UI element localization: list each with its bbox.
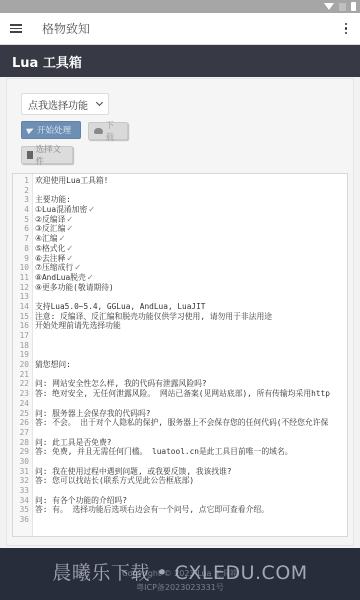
editor-lines: 1欢迎使用Lua工具箱!23主要功能:4①Lua混淆加密✓5②反编译✓6③反汇编… xyxy=(13,176,347,525)
line-number: 1 xyxy=(13,176,29,186)
editor-line: 15注意: 反编译、反汇编和脱壳功能仅供学习使用, 请勿用于非法用途 xyxy=(13,312,347,322)
line-text xyxy=(29,186,35,196)
line-text: 欢迎使用Lua工具箱! xyxy=(29,176,108,186)
line-text: ⑦压缩成行 xyxy=(29,263,73,273)
editor-line: 20猜您想问: xyxy=(13,360,347,370)
editor-line: 32答: 您可以找站长(联系方式见此公告框底部) xyxy=(13,476,347,486)
watermark: 晨曦乐下载 • CXLEDU.COM xyxy=(0,558,360,585)
editor-line: 11⑧AndLua脱壳✓ xyxy=(13,273,347,283)
line-number: 27 xyxy=(13,428,29,438)
file-icon xyxy=(27,151,33,159)
editor-line: 24 xyxy=(13,399,347,409)
line-number: 19 xyxy=(13,350,29,360)
editor-line: 9⑥去注释✓ xyxy=(13,254,347,264)
line-text: 支持Lua5.0~5.4, GGLua, AndLua, LuaJIT xyxy=(29,302,206,312)
editor-line: 2 xyxy=(13,186,347,196)
chevron-down-icon xyxy=(96,99,103,106)
line-number: 30 xyxy=(13,457,29,467)
line-number: 28 xyxy=(13,438,29,448)
page-header: Lua 工具箱 xyxy=(0,45,360,77)
line-text xyxy=(29,350,35,360)
status-bar xyxy=(0,0,360,13)
editor-line: 5②反编译✓ xyxy=(13,215,347,225)
editor-line: 34问: 有各个功能的介绍吗? xyxy=(13,496,347,506)
editor-line: 12⑨更多功能(敬请期待) xyxy=(13,283,347,293)
line-text xyxy=(29,341,35,351)
start-process-label: 开始处理 xyxy=(37,124,71,136)
editor-line: 18 xyxy=(13,341,347,351)
menu-icon[interactable] xyxy=(10,24,22,33)
editor-line: 29答: 免费, 并且无需任何门槛。 luatool.cn是此工具目前唯一的域名… xyxy=(13,447,347,457)
send-icon xyxy=(26,126,35,134)
editor-line: 16开始处理前请先选择功能 xyxy=(13,321,347,331)
line-number: 11 xyxy=(13,273,29,283)
line-number: 34 xyxy=(13,496,29,506)
editor-line: 25问: 服务器上会保存我的代码吗? xyxy=(13,409,347,419)
editor-line: 26答: 不会。 出于对个人隐私的保护, 服务器上不会保存您的任何代码(不经您允… xyxy=(13,418,347,428)
line-number: 23 xyxy=(13,389,29,399)
editor-line: 4①Lua混淆加密✓ xyxy=(13,205,347,215)
signal-icon xyxy=(339,3,346,11)
cloud-download-icon xyxy=(94,128,103,134)
line-number: 33 xyxy=(13,486,29,496)
check-icon: ✓ xyxy=(59,234,66,244)
function-select[interactable]: 点我选择功能 xyxy=(21,93,109,115)
line-number: 12 xyxy=(13,283,29,293)
editor-line: 30 xyxy=(13,457,347,467)
line-text: ①Lua混淆加密 xyxy=(29,205,87,215)
check-icon: ✓ xyxy=(87,273,94,283)
line-text: ⑨更多功能(敬请期待) xyxy=(29,283,114,293)
line-number: 14 xyxy=(13,302,29,312)
app-title: 格物致知 xyxy=(42,20,90,37)
line-text: ⑧AndLua脱壳 xyxy=(29,273,86,283)
line-number: 17 xyxy=(13,331,29,341)
line-text: ②反编译 xyxy=(29,215,65,225)
editor-line: 1欢迎使用Lua工具箱! xyxy=(13,176,347,186)
line-text: 开始处理前请先选择功能 xyxy=(29,321,121,331)
editor-line: 10⑦压缩成行✓ xyxy=(13,263,347,273)
line-text: 主要功能: xyxy=(29,195,71,205)
footer: Copyright © 2023 Lua 工具箱 粤ICP备2023023331… xyxy=(0,548,360,600)
battery-icon xyxy=(351,2,356,11)
line-number: 32 xyxy=(13,476,29,486)
line-number: 7 xyxy=(13,234,29,244)
line-number: 22 xyxy=(13,379,29,389)
download-label: 下载 xyxy=(106,119,122,143)
line-text: 问: 有各个功能的介绍吗? xyxy=(29,496,127,506)
line-text: ④汇编 xyxy=(29,234,58,244)
line-number: 2 xyxy=(13,186,29,196)
editor-line: 28问: 此工具是否免费? xyxy=(13,438,347,448)
line-number: 16 xyxy=(13,321,29,331)
line-text: ⑥去注释 xyxy=(29,254,65,264)
check-icon: ✓ xyxy=(66,224,73,234)
more-options-icon[interactable] xyxy=(342,23,351,35)
tool-panel: 点我选择功能 开始处理 下载 选择文件 1欢迎使用Lua工具箱!23主要功能:4… xyxy=(6,78,354,546)
line-number: 18 xyxy=(13,341,29,351)
editor-line: 14支持Lua5.0~5.4, GGLua, AndLua, LuaJIT xyxy=(13,302,347,312)
line-text xyxy=(29,331,35,341)
line-text: 答: 有。 选择功能后选项右边会有一个问号, 点它即可查看介绍。 xyxy=(29,505,269,515)
line-text xyxy=(29,515,35,525)
line-number: 26 xyxy=(13,418,29,428)
editor-line: 33 xyxy=(13,486,347,496)
line-text: 问: 此工具是否免费? xyxy=(29,438,111,448)
line-text: 问: 我在使用过程中遇到问题, 或我要反馈, 我该找谁? xyxy=(29,467,232,477)
line-number: 4 xyxy=(13,205,29,215)
line-number: 21 xyxy=(13,370,29,380)
line-number: 8 xyxy=(13,244,29,254)
line-number: 5 xyxy=(13,215,29,225)
editor-line: 3主要功能: xyxy=(13,195,347,205)
code-editor[interactable]: 1欢迎使用Lua工具箱!23主要功能:4①Lua混淆加密✓5②反编译✓6③反汇编… xyxy=(12,173,348,537)
line-text: 答: 免费, 并且无需任何门槛。 luatool.cn是此工具目前唯一的域名。 xyxy=(29,447,293,457)
line-text xyxy=(29,399,35,409)
line-number: 25 xyxy=(13,409,29,419)
line-text xyxy=(29,486,35,496)
editor-line: 21 xyxy=(13,370,347,380)
check-icon: ✓ xyxy=(88,205,95,215)
line-number: 31 xyxy=(13,467,29,477)
editor-line: 7④汇编✓ xyxy=(13,234,347,244)
line-number: 29 xyxy=(13,447,29,457)
line-text xyxy=(29,370,35,380)
editor-line: 22问: 网站安全性怎么样, 我的代码有泄露风险吗? xyxy=(13,379,347,389)
line-number: 9 xyxy=(13,254,29,264)
line-text: 答: 您可以找站长(联系方式见此公告框底部) xyxy=(29,476,194,486)
line-text: 答: 不会。 出于对个人隐私的保护, 服务器上不会保存您的任何代码(不经您允许保 xyxy=(29,418,328,428)
line-text: 猜您想问: xyxy=(29,360,71,370)
editor-line: 36 xyxy=(13,515,347,525)
check-icon: ✓ xyxy=(74,263,81,273)
line-number: 35 xyxy=(13,505,29,515)
editor-line: 13 xyxy=(13,292,347,302)
line-number: 13 xyxy=(13,292,29,302)
line-text: 问: 服务器上会保存我的代码吗? xyxy=(29,409,150,419)
line-text: ⑤格式化 xyxy=(29,244,65,254)
line-text: 问: 网站安全性怎么样, 我的代码有泄露风险吗? xyxy=(29,379,207,389)
line-text xyxy=(29,457,35,467)
page-title: Lua 工具箱 xyxy=(12,52,82,71)
editor-line: 8⑤格式化✓ xyxy=(13,244,347,254)
line-number: 3 xyxy=(13,195,29,205)
line-number: 36 xyxy=(13,515,29,525)
line-text xyxy=(29,428,35,438)
download-button[interactable]: 下载 xyxy=(88,122,128,140)
line-number: 10 xyxy=(13,263,29,273)
editor-line: 35答: 有。 选择功能后选项右边会有一个问号, 点它即可查看介绍。 xyxy=(13,505,347,515)
choose-file-button[interactable]: 选择文件 xyxy=(21,146,73,164)
line-number: 15 xyxy=(13,312,29,322)
line-number: 20 xyxy=(13,360,29,370)
editor-line: 17 xyxy=(13,331,347,341)
function-select-label: 点我选择功能 xyxy=(28,97,88,112)
line-text: 答: 绝对安全, 无任何泄露风险。 网站已备案(见网站底部), 所有传输均采用h… xyxy=(29,389,330,399)
wifi-icon xyxy=(324,3,334,10)
line-number: 6 xyxy=(13,224,29,234)
line-text xyxy=(29,292,35,302)
editor-line: 31问: 我在使用过程中遇到问题, 或我要反馈, 我该找谁? xyxy=(13,467,347,477)
line-number: 24 xyxy=(13,399,29,409)
start-process-button[interactable]: 开始处理 xyxy=(21,121,81,139)
editor-line: 23答: 绝对安全, 无任何泄露风险。 网站已备案(见网站底部), 所有传输均采… xyxy=(13,389,347,399)
check-icon: ✓ xyxy=(66,254,73,264)
editor-line: 27 xyxy=(13,428,347,438)
app-bar: 格物致知 xyxy=(0,13,360,45)
editor-line: 19 xyxy=(13,350,347,360)
choose-file-label: 选择文件 xyxy=(36,143,67,167)
line-text: 注意: 反编译、反汇编和脱壳功能仅供学习使用, 请勿用于非法用途 xyxy=(29,312,272,322)
